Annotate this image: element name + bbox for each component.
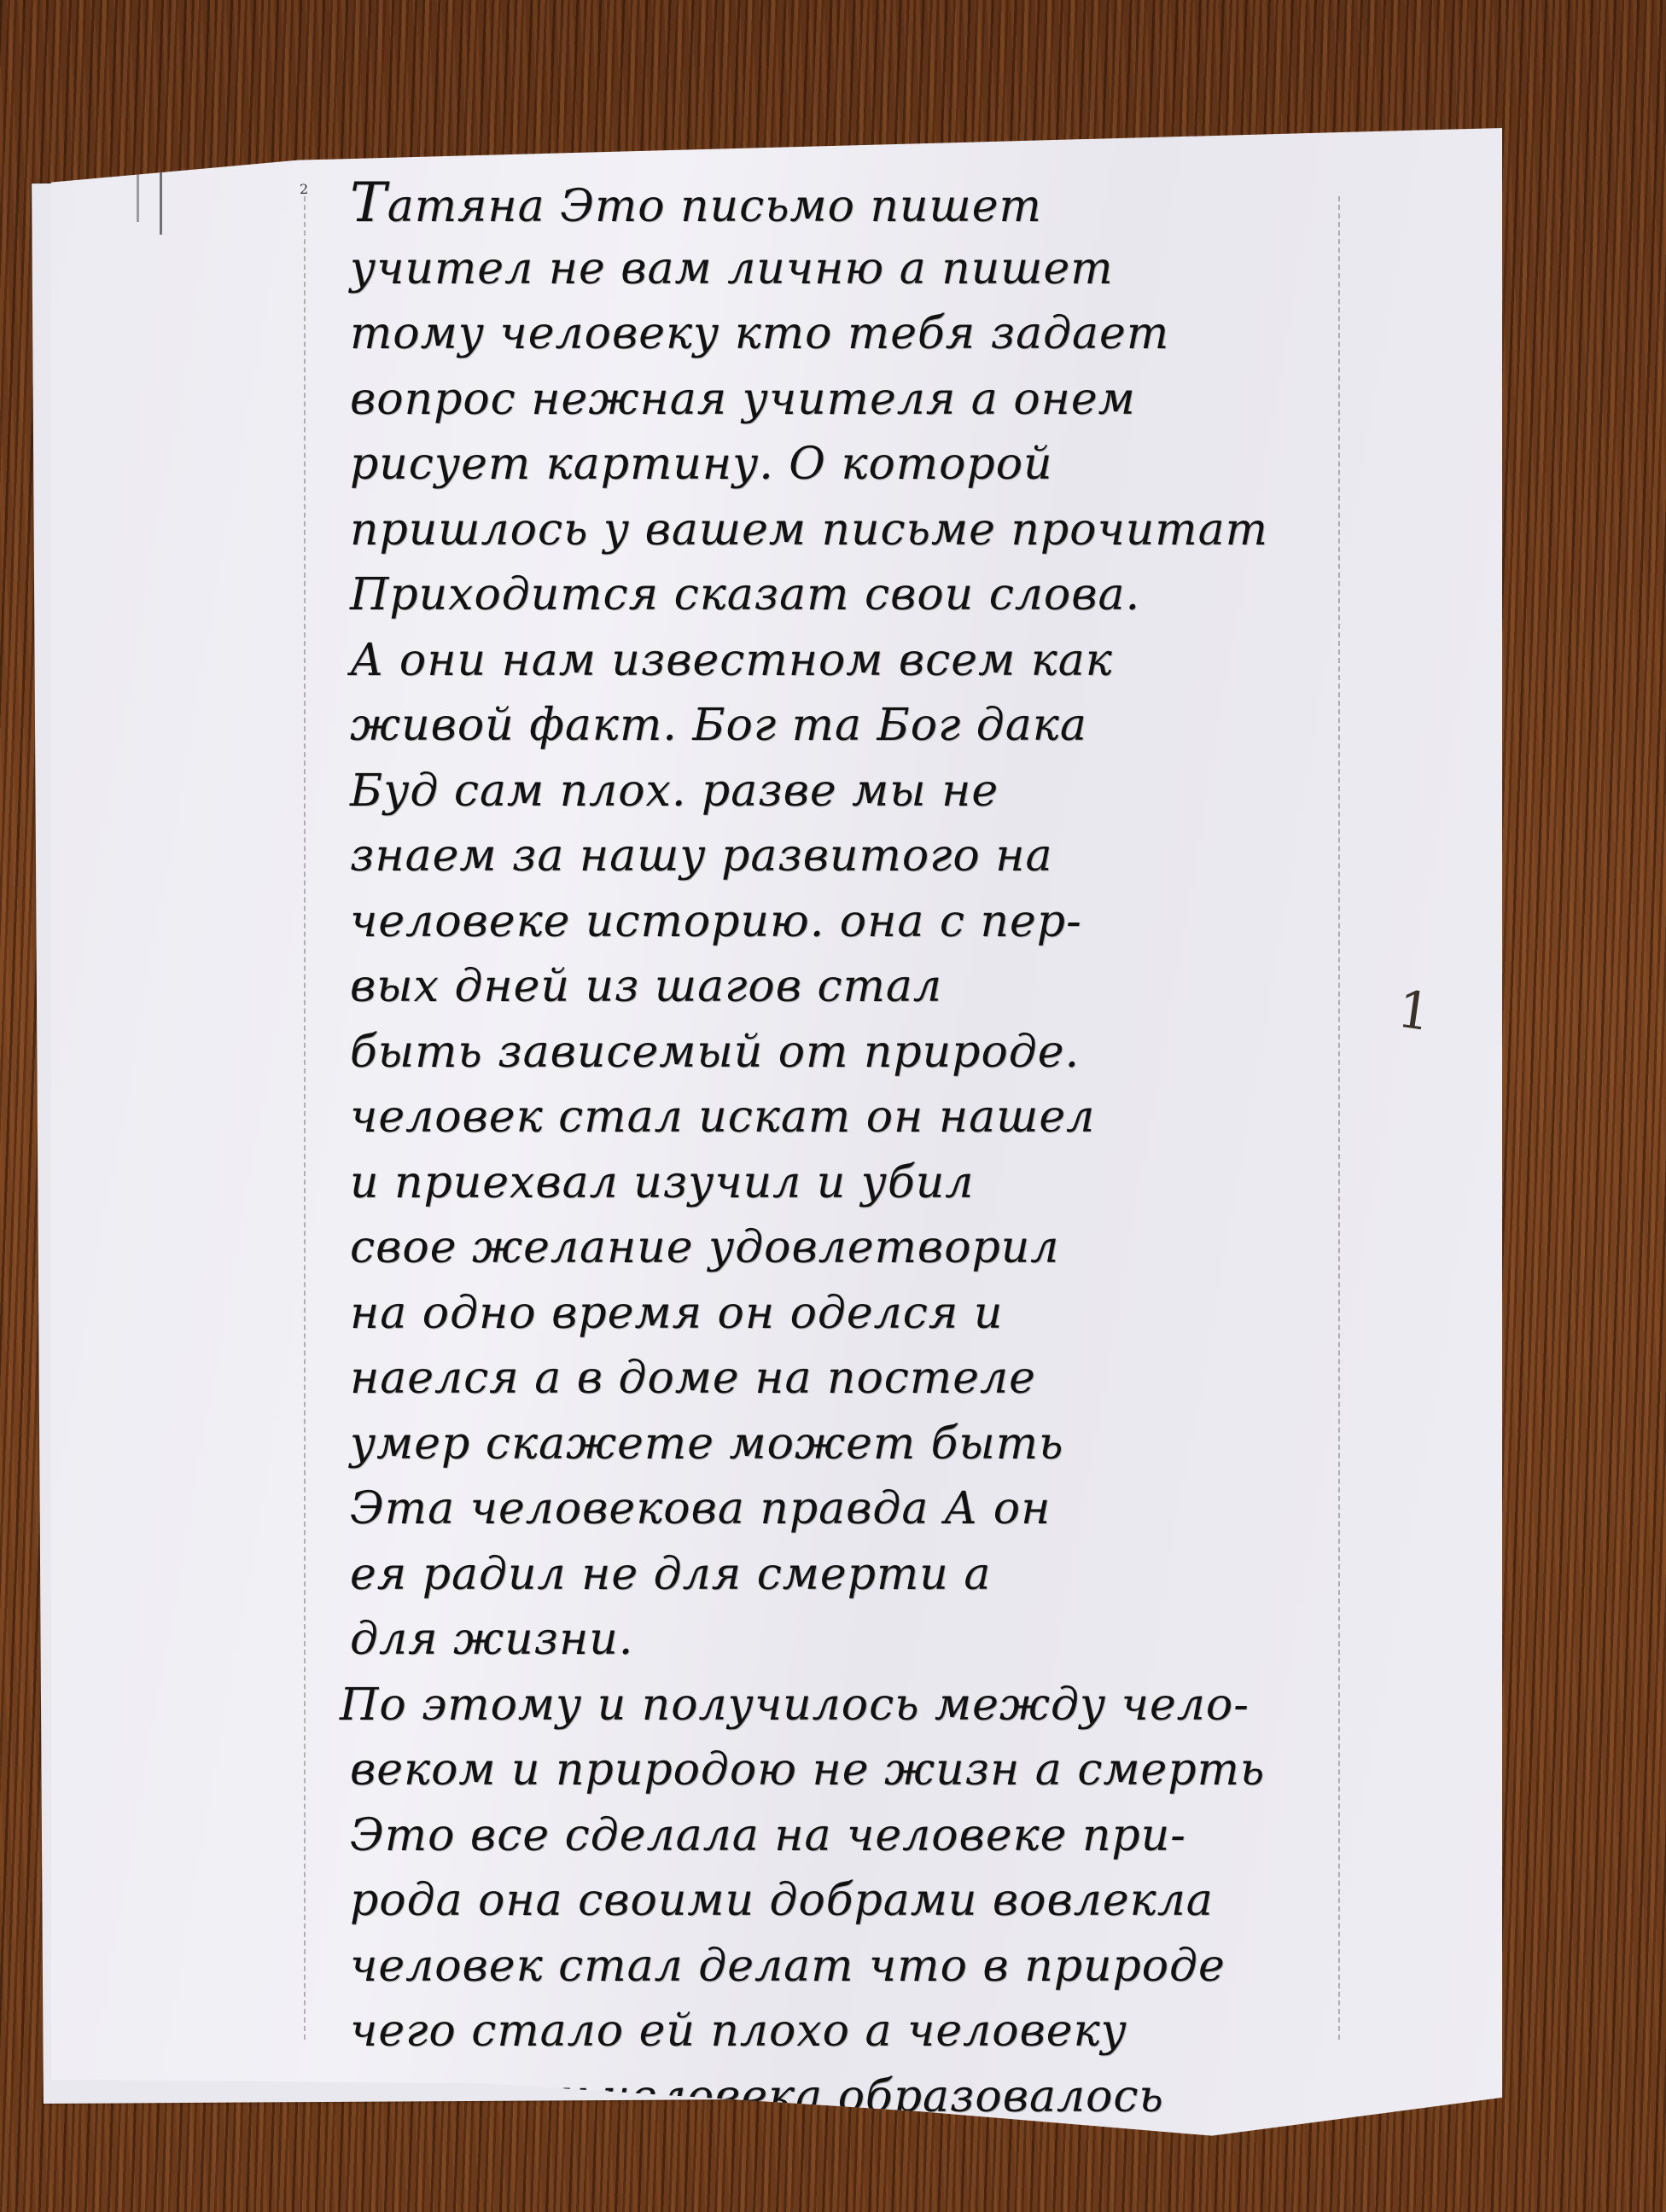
letter-line: Приходится сказат свои слова.: [350, 562, 1366, 628]
corner-mark: 2: [300, 181, 308, 197]
letter-line: Татяна Это письмо пишет: [350, 171, 1366, 236]
letter-line: Буд сам плох. разве мы не: [350, 759, 1366, 824]
letter-line: знаем за нашу развитого на: [350, 824, 1366, 889]
letter-line: рода она своими добрами вовлекла: [350, 1868, 1366, 1934]
letter-line-paragraph-start: По этому и получилось между чело-: [340, 1673, 1366, 1738]
letter-line: Эта человекова правда А он: [350, 1476, 1366, 1542]
letter-line: ея радил не для смерти а: [350, 1542, 1366, 1608]
letter-line: для жизни.: [350, 1607, 1366, 1673]
letter-line: за счет этого зависимост он: [350, 2129, 1366, 2195]
letter-line: быть зависемый от природе.: [350, 1020, 1366, 1086]
letter-line: вопрос нежная учителя а онем: [350, 367, 1366, 433]
letter-line: умер скажете может быть: [350, 1412, 1366, 1477]
page-number: 1: [1394, 980, 1435, 1044]
letter-line: учител не вам личню а пишет: [350, 236, 1366, 302]
letter-line: на одно время он оделся и: [350, 1281, 1366, 1347]
letter-line: А они нам известном всем как: [350, 628, 1366, 694]
letter-line: тому человеку кто тебя задает: [350, 301, 1366, 367]
letter-line: живой факт. Бог та Бог дака: [350, 693, 1366, 759]
letter-line: вых дней из шагов стал: [350, 954, 1366, 1020]
letter-line: свое желание удовлетворил: [350, 1215, 1366, 1281]
letter-line: Это все сделала на человеке при-: [350, 1803, 1366, 1869]
letter-line: человек стал искат он нашел: [350, 1085, 1366, 1150]
letter-line: человек стал делат что в природе: [350, 1934, 1366, 2000]
letter-line: пришлось у вашем письме прочитат: [350, 498, 1366, 563]
letter-line: наелся а в доме на постеле: [350, 1346, 1366, 1412]
paper-sheet: 2 1 Татяна Это письмо пишет учител не ва…: [51, 128, 1502, 2138]
fold-mark: [160, 166, 162, 235]
letter-line: чего стало ей плохо а человеку: [350, 1999, 1366, 2064]
fold-mark: [137, 171, 139, 222]
letter-line: рисует картину. О которой: [350, 432, 1366, 498]
letter-line: человеке историю. она с пер-: [350, 889, 1366, 955]
letter-line: веком и природою не жизн а смерть: [350, 1738, 1366, 1803]
letter-line: и приехвал изучил и убил: [350, 1150, 1366, 1216]
handwritten-letter-body: Татяна Это письмо пишет учител не вам ли…: [350, 171, 1366, 2195]
